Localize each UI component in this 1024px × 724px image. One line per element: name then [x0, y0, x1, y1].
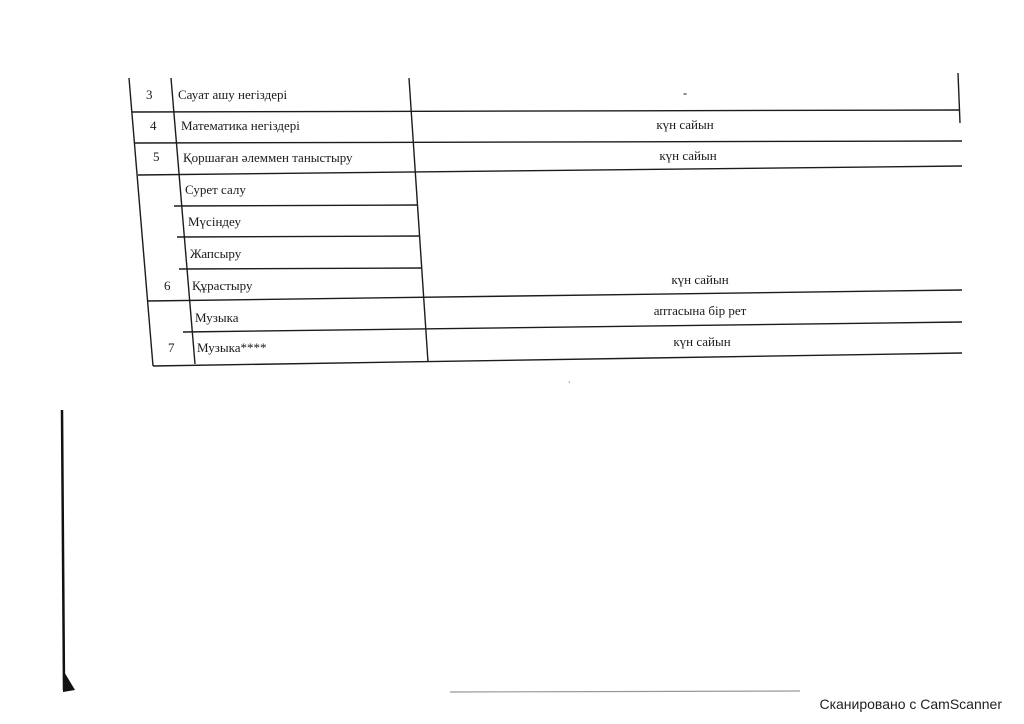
row-number: 5 [153, 149, 160, 165]
frequency: - [683, 85, 687, 101]
row-number: 3 [146, 87, 153, 103]
subject-name: Құрастыру [192, 278, 252, 294]
table-grid [0, 0, 1024, 724]
scan-edge-artifact [62, 410, 800, 692]
row-number: 4 [150, 118, 157, 134]
subject-name: Сурет салу [185, 182, 246, 198]
camscanner-watermark: Сканировано с CamScanner [819, 696, 1002, 712]
subject-name: Қоршаған әлеммен таныстыру [183, 150, 353, 166]
subject-name: Музыка [195, 310, 239, 326]
row-number: 6 [164, 278, 171, 294]
frequency: күн сайын [659, 148, 716, 164]
subject-name: Жапсыру [190, 246, 241, 262]
frequency: күн сайын [656, 117, 713, 133]
frequency: күн сайын [673, 334, 730, 350]
subject-name: Сауат ашу негіздері [178, 87, 287, 103]
subject-name: Математика негіздері [181, 118, 300, 134]
row-number: 7 [168, 340, 175, 356]
subject-name: Мүсіндеу [188, 214, 241, 230]
subject-name: Музыка**** [197, 340, 267, 356]
scan-speck: · [568, 378, 571, 387]
frequency: аптасына бір рет [654, 303, 747, 319]
scanned-page: 3 Сауат ашу негіздері - 4 Математика нег… [0, 0, 1024, 724]
frequency: күн сайын [671, 272, 728, 288]
